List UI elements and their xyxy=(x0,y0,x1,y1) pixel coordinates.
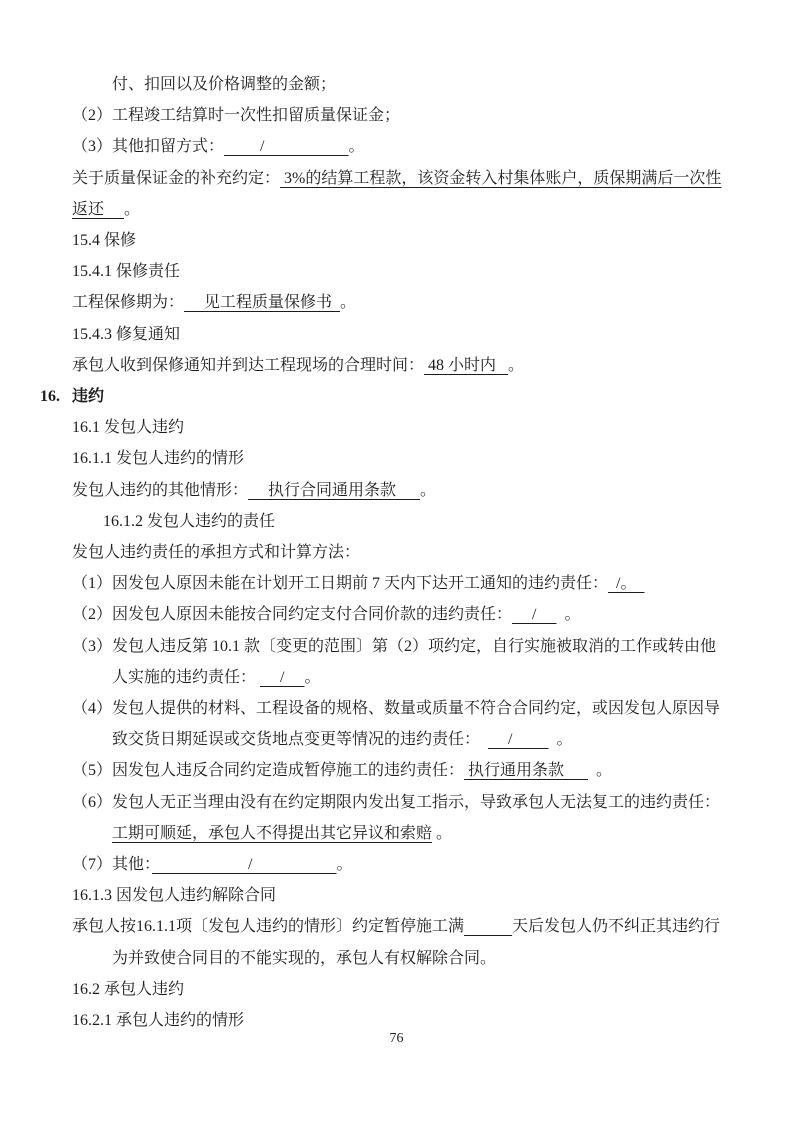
document-line: 16.1 发包人违约 xyxy=(72,412,793,443)
text-segment: 16.2.1 承包人违约的情形 xyxy=(72,1012,244,1029)
text-segment: 15.4 保修 xyxy=(72,232,136,249)
text-segment: 15.4.1 保修责任 xyxy=(72,263,180,280)
text-segment: （7）其他： xyxy=(72,856,152,873)
text-segment: 发包人违约责任的承担方式和计算方法： xyxy=(72,544,360,561)
document-line: 付、扣回以及价格调整的金额； xyxy=(72,69,793,100)
document-line: （6）发包人无正当理由没有在约定期限内发出复工指示，导致承包人无法复工的违约责任… xyxy=(72,787,793,818)
underlined-fill: 执行合同通用条款 xyxy=(248,482,420,499)
text-segment: 付、扣回以及价格调整的金额； xyxy=(112,76,336,93)
document-line: （2）因发包人原因未能按合同约定支付合同价款的违约责任： / 。 xyxy=(72,599,793,630)
text-segment: 。 xyxy=(588,762,612,779)
document-line: （1）因发包人原因未能在计划开工日期前 7 天内下达开工通知的违约责任： /。 xyxy=(72,568,793,599)
text-segment: 承包人按16.1.1项〔发包人违约的情形〕约定暂停施工满 xyxy=(72,918,464,935)
text-segment: 。 xyxy=(548,731,572,748)
document-line: 发包人违约的其他情形： 执行合同通用条款 。 xyxy=(72,475,793,506)
underlined-fill: / xyxy=(152,856,336,873)
document-line: 人实施的违约责任： / 。 xyxy=(72,662,793,693)
underlined-fill: 返还 xyxy=(72,201,124,218)
text-segment: 。 xyxy=(508,357,524,374)
document-body: 付、扣回以及价格调整的金额；（2）工程竣工结算时一次性扣留质量保证金；（3）其他… xyxy=(72,69,793,1036)
text-segment: 16. 违约 xyxy=(40,388,104,405)
underlined-fill: / xyxy=(488,731,548,748)
underlined-fill: 见工程质量保修书 xyxy=(184,294,340,311)
underlined-fill xyxy=(464,918,512,935)
underlined-fill: 执行通用条款 xyxy=(464,762,588,779)
text-segment: （1）因发包人原因未能在计划开工日期前 7 天内下达开工通知的违约责任： xyxy=(72,575,608,592)
text-segment: 15.4.3 修复通知 xyxy=(72,326,180,343)
text-segment: 。 xyxy=(304,669,320,686)
underlined-fill: / xyxy=(260,669,304,686)
underlined-fill: 48 小时内 xyxy=(424,357,508,374)
document-line: 工程保修期为： 见工程质量保修书 。 xyxy=(72,287,793,318)
text-segment: （4）发包人提供的材料、工程设备的规格、数量或质量不符合合同约定，或因发包人原因… xyxy=(72,700,720,717)
text-segment: 16.1 发包人违约 xyxy=(72,419,184,436)
text-segment: 16.1.3 因发包人违约解除合同 xyxy=(72,887,276,904)
text-segment: 。 xyxy=(348,138,364,155)
document-line: （3）其他扣留方式： / 。 xyxy=(72,131,793,162)
text-segment: 工程保修期为： xyxy=(72,294,184,311)
text-segment: 。 xyxy=(336,856,352,873)
text-segment: 。 xyxy=(340,294,356,311)
text-segment: （3）发包人违反第 10.1 款〔变更的范围〕第（2）项约定，自行实施被取消的工… xyxy=(72,638,716,655)
document-line: 15.4.1 保修责任 xyxy=(72,256,793,287)
document-page: 付、扣回以及价格调整的金额；（2）工程竣工结算时一次性扣留质量保证金；（3）其他… xyxy=(0,0,793,1122)
text-segment: （5）因发包人违反合同约定造成暂停施工的违约责任： xyxy=(72,762,464,779)
text-segment: 天后发包人仍不纠正其违约行 xyxy=(512,918,720,935)
text-segment: 16.2 承包人违约 xyxy=(72,981,184,998)
document-line: 承包人收到保修通知并到达工程现场的合理时间： 48 小时内 。 xyxy=(72,350,793,381)
text-segment: （3）其他扣留方式： xyxy=(72,138,224,155)
document-line: 工期可顺延，承包人不得提出其它异议和索赔 。 xyxy=(72,818,793,849)
page-number: 76 xyxy=(0,1031,793,1047)
document-line: 承包人按16.1.1项〔发包人违约的情形〕约定暂停施工满 天后发包人仍不纠正其违… xyxy=(72,911,793,942)
text-segment: 16.1.2 发包人违约的责任 xyxy=(103,513,275,530)
underlined-fill: 3%的结算工程款，该资金转入村集体账户，质保期满后一次性 xyxy=(280,170,721,187)
document-line: （7）其他： / 。 xyxy=(72,849,793,880)
underlined-fill: 工期可顺延，承包人不得提出其它异议和索赔 xyxy=(112,825,432,842)
text-segment: 致交货日期延误或交货地点变更等情况的违约责任： xyxy=(112,731,488,748)
text-segment: 为并致使合同目的不能实现的，承包人有权解除合同。 xyxy=(112,950,496,967)
text-segment: 发包人违约的其他情形： xyxy=(72,482,248,499)
document-line: 16.1.2 发包人违约的责任 xyxy=(72,506,793,537)
underlined-fill: / xyxy=(512,606,556,623)
text-segment: 承包人收到保修通知并到达工程现场的合理时间： xyxy=(72,357,424,374)
document-line: 16.1.1 发包人违约的情形 xyxy=(72,443,793,474)
document-line: （4）发包人提供的材料、工程设备的规格、数量或质量不符合合同约定，或因发包人原因… xyxy=(72,693,793,724)
document-line: （5）因发包人违反合同约定造成暂停施工的违约责任： 执行通用条款 。 xyxy=(72,755,793,786)
underlined-fill: /。 xyxy=(608,575,644,592)
text-segment: 16.1.1 发包人违约的情形 xyxy=(72,450,244,467)
document-line: 致交货日期延误或交货地点变更等情况的违约责任： / 。 xyxy=(72,724,793,755)
document-line: （2）工程竣工结算时一次性扣留质量保证金； xyxy=(72,100,793,131)
document-line: 为并致使合同目的不能实现的，承包人有权解除合同。 xyxy=(72,943,793,974)
text-segment: （6）发包人无正当理由没有在约定期限内发出复工指示，导致承包人无法复工的违约责任… xyxy=(72,794,720,811)
document-line: 返还 。 xyxy=(72,194,793,225)
document-line: 16.1.3 因发包人违约解除合同 xyxy=(72,880,793,911)
document-line: 15.4.3 修复通知 xyxy=(72,319,793,350)
document-line: 16.2 承包人违约 xyxy=(72,974,793,1005)
document-line: 16. 违约 xyxy=(40,381,793,412)
text-segment: （2）因发包人原因未能按合同约定支付合同价款的违约责任： xyxy=(72,606,512,623)
text-segment: 。 xyxy=(432,825,452,842)
text-segment: 关于质量保证金的补充约定： xyxy=(72,170,280,187)
document-line: （3）发包人违反第 10.1 款〔变更的范围〕第（2）项约定，自行实施被取消的工… xyxy=(72,631,793,662)
document-line: 15.4 保修 xyxy=(72,225,793,256)
text-segment: （2）工程竣工结算时一次性扣留质量保证金； xyxy=(72,107,400,124)
text-segment: 。 xyxy=(420,482,436,499)
text-segment: 。 xyxy=(556,606,580,623)
text-segment: 。 xyxy=(124,201,140,218)
document-line: 关于质量保证金的补充约定： 3%的结算工程款，该资金转入村集体账户，质保期满后一… xyxy=(72,163,793,194)
underlined-fill: / xyxy=(224,138,348,155)
document-line: 发包人违约责任的承担方式和计算方法： xyxy=(72,537,793,568)
text-segment: 人实施的违约责任： xyxy=(112,669,260,686)
